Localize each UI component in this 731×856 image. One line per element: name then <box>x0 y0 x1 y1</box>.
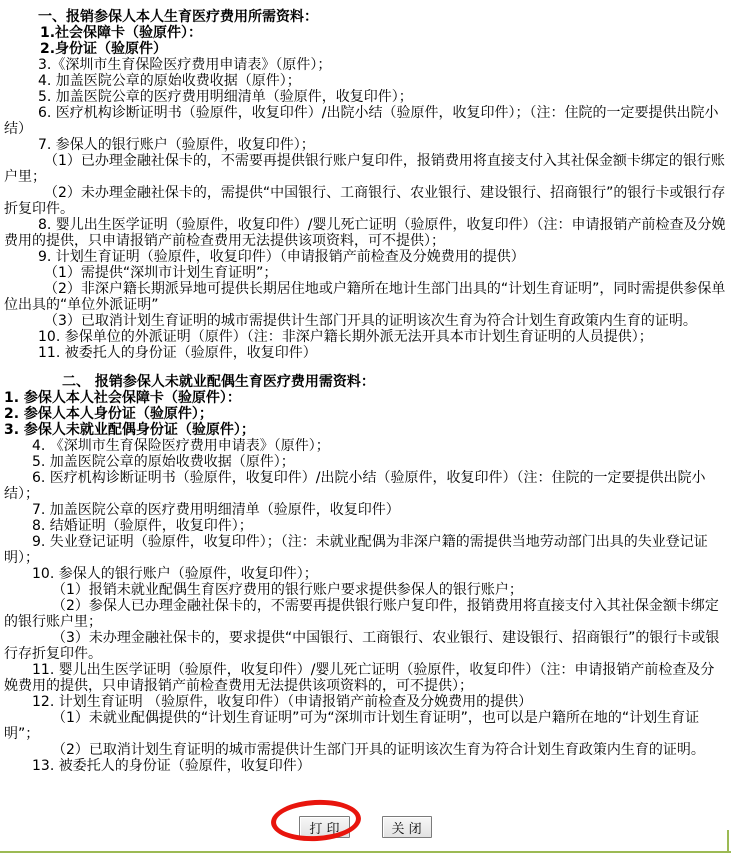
footer-divider <box>0 851 731 853</box>
list-item: （1）报销未就业配偶生育医疗费用的银行账户要求提供参保人的银行账户； <box>4 582 727 598</box>
document-section-1: 一、报销参保人本人生育医疗费用所需资料：1.社会保障卡（验原件）：2.身份证（验… <box>4 9 727 361</box>
list-item: 7. 参保人的银行账户（验原件，收复印件）； <box>4 137 727 153</box>
list-item: 11. 被委托人的身份证（验原件，收复印件） <box>4 345 727 361</box>
close-button[interactable]: 关 闭 <box>382 816 432 838</box>
list-item: 9. 计划生育证明（验原件，收复印件）（申请报销产前检查及分娩费用的提供） <box>4 249 727 265</box>
list-item: （2）参保人已办理金融社保卡的，不需要再提供银行账户复印件，报销费用将直接支付入… <box>4 598 727 630</box>
print-button[interactable]: 打 印 <box>299 816 349 838</box>
list-item: （1）已办理金融社保卡的，不需要再提供银行账户复印件，报销费用将直接支付入其社保… <box>4 153 727 185</box>
list-item: （1）需提供“深圳市计划生育证明”； <box>4 265 727 281</box>
footer-right-edge <box>727 830 729 851</box>
section-2-title: 二、 报销参保人未就业配偶生育医疗费用需资料： <box>4 374 727 390</box>
list-item: 12. 计划生育证明 （验原件，收复印件）（申请报销产前检查及分娩费用的提供） <box>4 694 727 710</box>
list-item: 5. 加盖医院公章的原始收费收据（原件）； <box>4 454 727 470</box>
list-item: 6. 医疗机构诊断证明书（验原件，收复印件）/出院小结（验原件，收复印件）（注：… <box>4 470 727 502</box>
list-item: 13. 被委托人的身份证（验原件，收复印件） <box>4 758 727 774</box>
list-item: 11. 婴儿出生医学证明（验原件，收复印件）/婴儿死亡证明（验原件，收复印件）（… <box>4 662 727 694</box>
list-item: 8. 结婚证明（验原件，收复印件）； <box>4 518 727 534</box>
list-item: 7. 加盖医院公章的医疗费用明细清单（验原件，收复印件） <box>4 502 727 518</box>
list-item: 10. 参保单位的外派证明（原件）（注：非深户籍长期外派无法开具本市计划生育证明… <box>4 329 727 345</box>
list-item: 8. 婴儿出生医学证明（验原件，收复印件）/婴儿死亡证明（验原件，收复印件）（注… <box>4 217 727 249</box>
list-item: 10. 参保人的银行账户（验原件，收复印件）； <box>4 566 727 582</box>
list-item: （2）非深户籍长期派异地可提供长期居住地或户籍所在地计生部门出具的“计划生育证明… <box>4 281 727 313</box>
list-item: 1.社会保障卡（验原件）： <box>4 25 727 41</box>
button-row: 打 印 关 闭 <box>0 816 731 838</box>
document-section-2: 二、 报销参保人未就业配偶生育医疗费用需资料：1. 参保人本人社会保障卡（验原件… <box>4 374 727 774</box>
print-button-wrap: 打 印 <box>299 816 349 838</box>
list-item: 2.身份证（验原件） <box>4 41 727 57</box>
list-item: 6. 医疗机构诊断证明书（验原件，收复印件）/出院小结（验原件，收复印件）；（注… <box>4 105 727 137</box>
section-1-title: 一、报销参保人本人生育医疗费用所需资料： <box>4 9 727 25</box>
list-item: 4. 加盖医院公章的原始收费收据（原件）； <box>4 73 727 89</box>
list-item: （2）已取消计划生育证明的城市需提供计生部门开具的证明该次生育为符合计划生育政策… <box>4 742 727 758</box>
list-item: 9. 失业登记证明（验原件，收复印件）；（注：未就业配偶为非深户籍的需提供当地劳… <box>4 534 727 566</box>
list-item: 2. 参保人本人身份证（验原件）； <box>4 406 727 422</box>
list-item: （1）未就业配偶提供的“计划生育证明”可为“深圳市计划生育证明”，也可以是户籍所… <box>4 710 727 742</box>
list-item: 4. 《深圳市生育保险医疗费用申请表》（原件）； <box>4 438 727 454</box>
list-item: 3. 参保人未就业配偶身份证（验原件）； <box>4 422 727 438</box>
list-item: 1. 参保人本人社会保障卡（验原件）： <box>4 390 727 406</box>
list-item: （2）未办理金融社保卡的，需提供“中国银行、工商银行、农业银行、建设银行、招商银… <box>4 185 727 217</box>
list-item: （3）未办理金融社保卡的，要求提供“中国银行、工商银行、农业银行、建设银行、招商… <box>4 630 727 662</box>
document-body: 一、报销参保人本人生育医疗费用所需资料：1.社会保障卡（验原件）：2.身份证（验… <box>0 0 731 774</box>
list-item: （3）已取消计划生育证明的城市需提供计生部门开具的证明该次生育为符合计划生育政策… <box>4 313 727 329</box>
list-item: 5. 加盖医院公章的医疗费用明细清单（验原件，收复印件）； <box>4 89 727 105</box>
list-item: 3.《深圳市生育保险医疗费用申请表》（原件）； <box>4 57 727 73</box>
